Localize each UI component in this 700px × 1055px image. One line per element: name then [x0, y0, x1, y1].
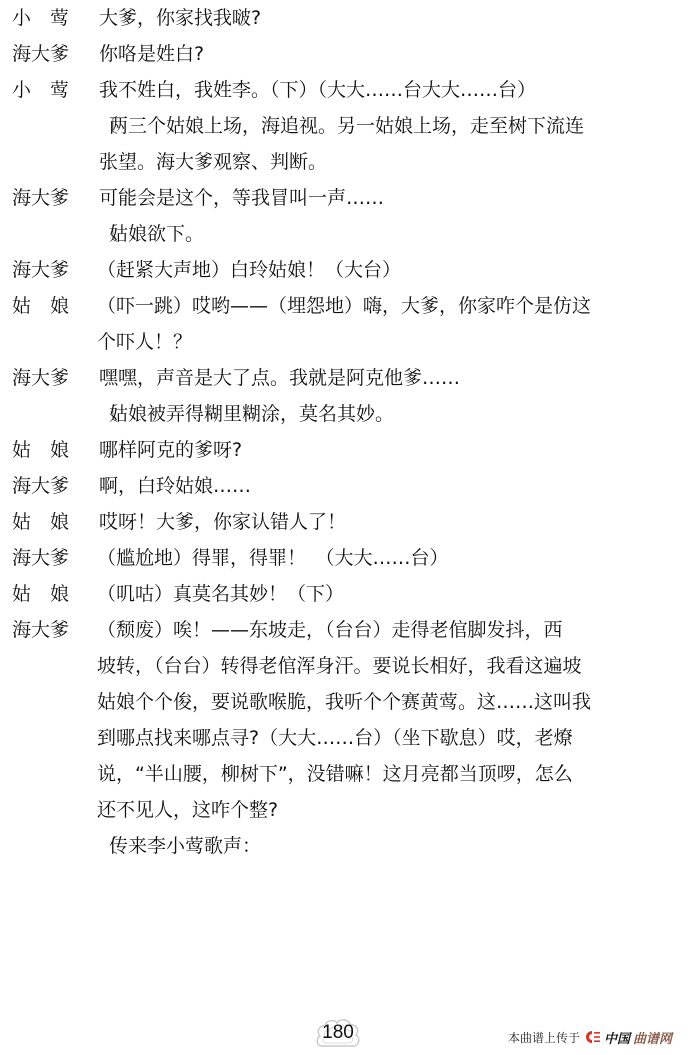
- dialogue-text: 大爹，你家找我啵?: [99, 0, 688, 36]
- dialogue-line: 大爹，你家找我啵?: [99, 0, 688, 36]
- site-logo-cn: 中国: [604, 1028, 630, 1047]
- speaker-name: 海大爹: [12, 180, 99, 216]
- speaker-name: 姑 娘: [12, 288, 99, 324]
- dialogue-row: 海大爹 嘿嘿，声音是大了点。我就是阿克他爹……: [12, 360, 688, 396]
- speaker-name: 小 莺: [12, 72, 99, 108]
- stage-direction: 〔姑娘被弄得糊里糊涂，莫名其妙。: [12, 396, 688, 432]
- stage-direction-line: 〔两三个姑娘上场，海追视。另一姑娘上场，走至树下流连: [99, 108, 688, 144]
- speaker-name: 姑 娘: [12, 504, 99, 540]
- speaker-name: 海大爹: [12, 36, 99, 72]
- page-number-badge: 180: [314, 1016, 362, 1050]
- dialogue-row: 姑 娘 （叽咕）真莫名其妙！（下）: [12, 576, 688, 612]
- stage-bracket: 〔: [99, 108, 109, 144]
- dialogue-line: （叽咕）真莫名其妙！（下）: [99, 576, 688, 612]
- dialogue-row: 海大爹 （赶紧大声地）白玲姑娘！（大台）: [12, 252, 688, 288]
- dialogue-text: 哪样阿克的爹呀?: [99, 432, 688, 468]
- dialogue-row: 小 莺 大爹，你家找我啵?: [12, 0, 688, 36]
- stage-direction-line: 张望。海大爹观察、判断。: [99, 144, 688, 180]
- dialogue-line: （赶紧大声地）白玲姑娘！（大台）: [99, 252, 688, 288]
- page-number: 180: [314, 1022, 362, 1044]
- speaker-name: 海大爹: [12, 468, 99, 504]
- dialogue-text: 可能会是这个，等我冒叫一声……: [99, 180, 688, 216]
- dialogue-line: 个吓人！？: [99, 324, 688, 360]
- dialogue-row: 海大爹 你咯是姓白?: [12, 36, 688, 72]
- watermark-text: 本曲谱上传于: [508, 1029, 580, 1046]
- stage-text: 两三个姑娘上场，海追视。另一姑娘上场，走至树下流连: [109, 115, 584, 137]
- dialogue-line: 哎呀！大爹，你家认错人了！: [99, 504, 688, 540]
- dialogue-line: 我不姓白，我姓李。（下）（大大……台大大……台）: [99, 72, 688, 108]
- stage-direction-line: 〔姑娘被弄得糊里糊涂，莫名其妙。: [99, 396, 688, 432]
- dialogue-row: 姑 娘 哪样阿克的爹呀?: [12, 432, 688, 468]
- stage-bracket: 〔: [99, 216, 109, 252]
- stage-text: 姑娘欲下。: [109, 223, 204, 245]
- speaker-name: 海大爹: [12, 360, 99, 396]
- stage-bracket: 〔: [99, 828, 109, 864]
- speaker-name: 姑 娘: [12, 432, 99, 468]
- stage-direction-line: 〔传来李小莺歌声：: [99, 828, 688, 864]
- dialogue-text: 嘿嘿，声音是大了点。我就是阿克他爹……: [99, 360, 688, 396]
- speaker-name: 海大爹: [12, 540, 99, 576]
- stage-text: 传来李小莺歌声：: [109, 835, 261, 857]
- stage-direction: 〔姑娘欲下。: [12, 216, 688, 252]
- dialogue-text: （吓一跳）哎哟——（埋怨地）嗨，大爹，你家咋个是仿这 个吓人！？: [99, 288, 688, 360]
- site-logo-brand: 曲谱网: [633, 1028, 672, 1047]
- dialogue-row: 姑 娘 （吓一跳）哎哟——（埋怨地）嗨，大爹，你家咋个是仿这 个吓人！？: [12, 288, 688, 360]
- dialogue-line: （吓一跳）哎哟——（埋怨地）嗨，大爹，你家咋个是仿这: [99, 288, 688, 324]
- speaker-name: 海大爹: [12, 252, 99, 288]
- dialogue-text: （尴尬地）得罪，得罪！ （大大……台）: [99, 540, 688, 576]
- dialogue-line: 说，“半山腰，柳树下”，没错嘛！这月亮都当顶啰，怎么: [99, 756, 688, 792]
- dialogue-line: （颓废）唉！——东坡走，（台台）走得老倌脚发抖，西: [99, 612, 688, 648]
- dialogue-text: （赶紧大声地）白玲姑娘！（大台）: [99, 252, 688, 288]
- speaker-name: 海大爹: [12, 612, 99, 648]
- dialogue-line: 姑娘个个俊，要说歌喉脆，我听个个赛黄莺。这……这叫我: [99, 684, 688, 720]
- dialogue-line: 可能会是这个，等我冒叫一声……: [99, 180, 688, 216]
- dialogue-text: 哎呀！大爹，你家认错人了！: [99, 504, 688, 540]
- stage-direction-line: 〔姑娘欲下。: [99, 216, 688, 252]
- dialogue-line: 哪样阿克的爹呀?: [99, 432, 688, 468]
- script-body: 小 莺 大爹，你家找我啵? 海大爹 你咯是姓白? 小 莺 我不姓白，我姓李。（下…: [12, 0, 688, 864]
- speaker-name: 小 莺: [12, 0, 99, 36]
- dialogue-line: 到哪点找来哪点寻?（大大……台）（坐下歇息）哎，老燎: [99, 720, 688, 756]
- stage-bracket: 〔: [99, 396, 109, 432]
- dialogue-line: 坡转，（台台）转得老倌浑身汗。要说长相好，我看这遍坡: [99, 648, 688, 684]
- dialogue-row: 海大爹 （尴尬地）得罪，得罪！ （大大……台）: [12, 540, 688, 576]
- dialogue-text: （颓废）唉！——东坡走，（台台）走得老倌脚发抖，西 坡转，（台台）转得老倌浑身汗…: [99, 612, 688, 828]
- dialogue-line: （尴尬地）得罪，得罪！ （大大……台）: [99, 540, 688, 576]
- speaker-name: 姑 娘: [12, 576, 99, 612]
- dialogue-text: 啊，白玲姑娘……: [99, 468, 688, 504]
- dialogue-line: 还不见人，这咋个整?: [99, 792, 688, 828]
- dialogue-line: 你咯是姓白?: [99, 36, 688, 72]
- site-logo: 中国曲谱网: [585, 1028, 672, 1047]
- stage-text: 姑娘被弄得糊里糊涂，莫名其妙。: [109, 403, 394, 425]
- stage-direction: 〔两三个姑娘上场，海追视。另一姑娘上场，走至树下流连 张望。海大爹观察、判断。: [12, 108, 688, 180]
- dialogue-line: 嘿嘿，声音是大了点。我就是阿克他爹……: [99, 360, 688, 396]
- dialogue-row: 小 莺 我不姓白，我姓李。（下）（大大……台大大……台）: [12, 72, 688, 108]
- dialogue-row: 海大爹 啊，白玲姑娘……: [12, 468, 688, 504]
- dialogue-row: 海大爹 （颓废）唉！——东坡走，（台台）走得老倌脚发抖，西 坡转，（台台）转得老…: [12, 612, 688, 828]
- site-logo-icon: [585, 1030, 601, 1044]
- dialogue-row: 姑 娘 哎呀！大爹，你家认错人了！: [12, 504, 688, 540]
- dialogue-text: （叽咕）真莫名其妙！（下）: [99, 576, 688, 612]
- dialogue-text: 我不姓白，我姓李。（下）（大大……台大大……台）: [99, 72, 688, 108]
- source-watermark: 本曲谱上传于 中国曲谱网: [508, 1027, 672, 1047]
- dialogue-line: 啊，白玲姑娘……: [99, 468, 688, 504]
- stage-direction: 〔传来李小莺歌声：: [12, 828, 688, 864]
- dialogue-row: 海大爹 可能会是这个，等我冒叫一声……: [12, 180, 688, 216]
- dialogue-text: 你咯是姓白?: [99, 36, 688, 72]
